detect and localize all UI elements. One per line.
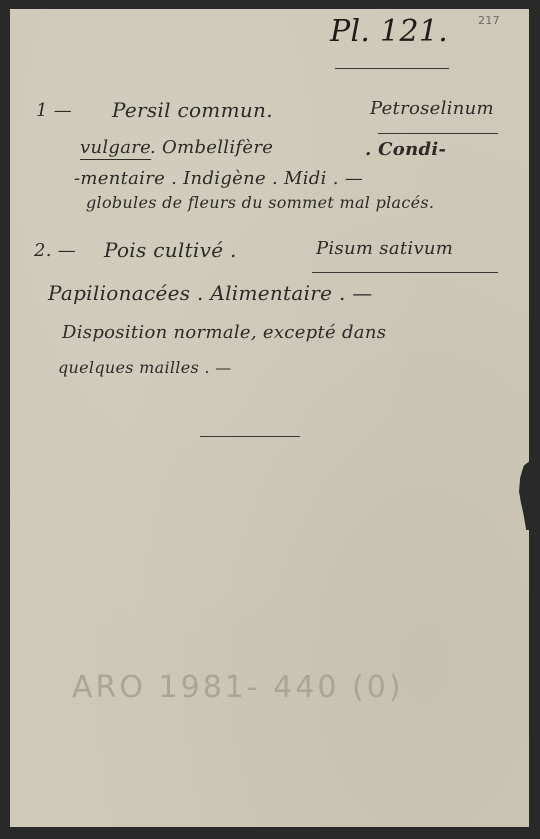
- entry-2-line-4: quelques mailles . —: [58, 358, 231, 377]
- entry-2-scientific-name: Pisum sativum: [316, 238, 453, 259]
- entry-1-common-name: Persil commun.: [112, 98, 273, 122]
- entry-2-line-2: Papilionacées . Alimentaire . —: [48, 281, 373, 305]
- scientific-name-underline: [378, 133, 498, 134]
- entry-2-scientific-name-underline: [312, 272, 498, 273]
- entry-2-line-3: Disposition normale, excepté dans: [62, 322, 386, 343]
- entry-1-family: . Ombellifère: [150, 137, 273, 158]
- entry-2-number: 2. —: [34, 240, 76, 261]
- archive-mark: ARO 1981- 440 (0): [72, 670, 404, 705]
- entry-1-line-4: globules de fleurs du sommet mal placés.: [86, 193, 434, 212]
- entry-1-use: . Condi-: [365, 139, 446, 160]
- entry-1-scientific-name: Petroselinum: [370, 98, 494, 119]
- closing-rule: [200, 436, 300, 437]
- plate-label-underline: [335, 68, 449, 69]
- entry-2-common-name: Pois cultivé .: [104, 238, 237, 262]
- entry-1-number: 1 —: [36, 100, 72, 121]
- scanned-document: Pl. 121. 217 1 — Persil commun. Petrosel…: [0, 0, 540, 839]
- folio-number: 217: [478, 14, 500, 27]
- entry-1-line-3: -mentaire . Indigène . Midi . —: [74, 168, 363, 189]
- entry-1-scientific-name-cont: vulgare: [80, 137, 151, 158]
- plate-label: Pl. 121.: [330, 14, 448, 49]
